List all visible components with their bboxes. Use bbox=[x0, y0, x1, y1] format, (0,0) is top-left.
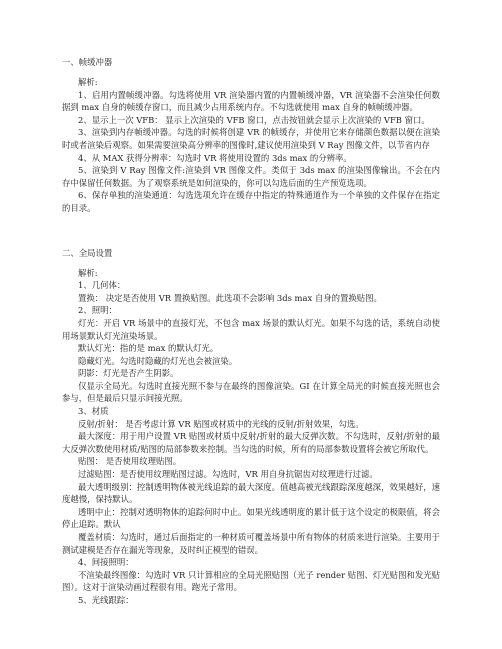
section2-paragraph: 过滤贴图：是否使用纹理贴图过滤。勾选时，VR 用自身抗锯齿对纹理进行过滤。 bbox=[62, 468, 440, 481]
section2-intro: 解析: bbox=[62, 267, 440, 280]
section2-paragraph: 覆盖材质：勾选时，通过后面指定的一种材质可覆盖场景中所有物体的材质来进行渲染。主… bbox=[62, 531, 440, 556]
spacer bbox=[62, 260, 440, 267]
section2-paragraph: 透明中止：控制对透明物体的追踪何时中止。如果光线透明度的累计低于这个设定的极限值… bbox=[62, 506, 440, 531]
section2-paragraph: 置换： 决定是否使用 VR 置换贴图。此选项不会影响 3ds max 自身的置换… bbox=[62, 292, 440, 305]
section2-paragraph: 灯光：开启 VR 场景中的直接灯光，不包含 max 场景的默认灯光。如果不勾选的… bbox=[62, 317, 440, 342]
section2-paragraph: 贴图： 是否使用纹理贴图。 bbox=[62, 455, 440, 468]
section2-paragraph: 隐藏灯光。勾选时隐藏的灯光也会被渲染。 bbox=[62, 355, 440, 368]
section1-paragraph: 2、显示上一次 VFB： 显示上次渲染的 VFB 窗口，点击按钮就会显示上次渲染… bbox=[62, 114, 440, 127]
section2-paragraph: 最大透明级别：控制透明物体被光线追踪的最大深度。值越高被光线跟踪深度越深，效果越… bbox=[62, 481, 440, 506]
spacer bbox=[62, 69, 440, 76]
section1-paragraph: 5、渲染到 V Ray 图像文件:渲染到 VR 图像文件。类似于 3ds max… bbox=[62, 164, 440, 189]
section2-paragraph: 不渲染最终图像：勾选时 VR 只计算相应的全局光照贴图（光子 render 贴图… bbox=[62, 569, 440, 594]
section2-paragraph: 反射/折射： 是否考虑计算 VR 贴图或材质中的光线的反射/折射效果，勾选。 bbox=[62, 418, 440, 431]
section1-paragraph: 6、保存单独的渲染通道：勾选选项允许在缓存中指定的特殊通道作为一个单独的文件保存… bbox=[62, 189, 440, 214]
section1-paragraph: 4、从 MAX 获得分辨率：勾选时 VR 将使用设置的 3ds max 的分辨率… bbox=[62, 152, 440, 165]
section2-paragraph: 3、材质 bbox=[62, 405, 440, 418]
section1-title: 一、帧缓冲器 bbox=[62, 56, 440, 69]
section2-paragraph: 仅显示全局光。勾选时直接光照不参与在最终的图像渲染。GI 在计算全局光的时候直接… bbox=[62, 380, 440, 405]
section1-paragraph: 1、启用内置帧缓冲器。勾选将使用 VR 渲染器内置的内置帧缓冲器，VR 渲染器不… bbox=[62, 89, 440, 114]
section1-paragraph: 3、渲染到内存帧缓冲器。勾选的时候将创建 VR 的帧缓存，并使用它来存储颜色数据… bbox=[62, 126, 440, 151]
section2-paragraph: 默认灯光：指的是 max 的默认灯光。 bbox=[62, 342, 440, 355]
section1-intro: 解析: bbox=[62, 76, 440, 89]
spacer bbox=[62, 215, 440, 247]
section2-paragraph: 2、照明： bbox=[62, 304, 440, 317]
section2-paragraph: 4、间接照明： bbox=[62, 556, 440, 569]
document-page: 一、帧缓冲器 解析: 1、启用内置帧缓冲器。勾选将使用 VR 渲染器内置的内置帧… bbox=[62, 56, 440, 607]
section2-paragraph: 1、几何体： bbox=[62, 279, 440, 292]
section2-paragraph: 阴影：灯光是否产生阴影。 bbox=[62, 367, 440, 380]
section2-paragraph: 5、光线跟踪： bbox=[62, 594, 440, 607]
section2-paragraph: 最大深度：用于用户设置 VR 贴图或材质中反射/折射的最大反弹次数。不勾选时，反… bbox=[62, 430, 440, 455]
section2-title: 二、全局设置 bbox=[62, 247, 440, 260]
